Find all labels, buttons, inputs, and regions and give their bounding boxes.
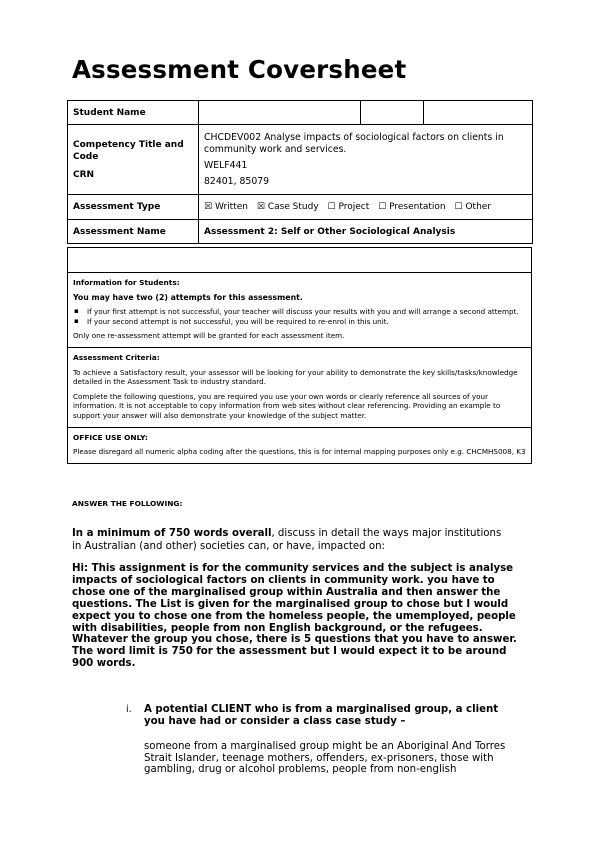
office-use-only: OFFICE USE ONLY: Please disregard all nu… xyxy=(68,428,531,463)
criteria-heading: Assessment Criteria: xyxy=(73,353,526,363)
competency-title: CHCDEV002 Analyse impacts of sociologica… xyxy=(204,132,527,156)
student-id-field[interactable] xyxy=(361,101,424,125)
assessment-name-value: Assessment 2: Self or Other Sociological… xyxy=(199,220,533,244)
criteria-paragraph-1: To achieve a Satisfactory result, your a… xyxy=(73,368,526,387)
reassessment-note: Only one re-assessment attempt will be g… xyxy=(73,331,526,341)
students-heading: Information for Students: xyxy=(73,278,526,288)
intro-bold: In a minimum of 750 words overall xyxy=(72,528,271,539)
student-name-field[interactable] xyxy=(199,101,361,125)
type-option-case-study[interactable]: ☒ Case Study xyxy=(257,202,319,212)
student-name-label: Student Name xyxy=(68,101,199,125)
list-item: If your second attempt is not successful… xyxy=(87,317,526,327)
assessment-name-row: Assessment Name Assessment 2: Self or Ot… xyxy=(68,220,533,244)
coversheet-table: Student Name Competency Title and Code C… xyxy=(67,100,533,244)
answer-heading: ANSWER THE FOLLOWING: xyxy=(72,499,182,508)
information-for-students: Information for Students: You may have t… xyxy=(68,273,531,348)
question-1: i. A potential CLIENT who is from a marg… xyxy=(126,704,516,776)
checkbox-empty-icon[interactable]: ☐ xyxy=(378,202,386,212)
type-option-project[interactable]: ☐ Project xyxy=(328,202,370,212)
question-text: A potential CLIENT who is from a margina… xyxy=(144,704,516,729)
competency-code: WELF441 xyxy=(204,160,527,172)
crn-label: CRN xyxy=(73,169,193,181)
attempts-list: If your first attempt is not successful,… xyxy=(73,307,526,326)
information-box: Information for Students: You may have t… xyxy=(67,247,532,464)
assessment-type-label: Assessment Type xyxy=(68,195,199,220)
checkbox-checked-icon[interactable]: ☒ xyxy=(204,202,212,212)
type-option-presentation[interactable]: ☐ Presentation xyxy=(378,202,445,212)
crn-value: 82401, 85079 xyxy=(204,176,527,188)
competency-value-cell: CHCDEV002 Analyse impacts of sociologica… xyxy=(199,125,533,195)
checkbox-empty-icon[interactable]: ☐ xyxy=(455,202,463,212)
type-option-other[interactable]: ☐ Other xyxy=(455,202,492,212)
assessment-name-label: Assessment Name xyxy=(68,220,199,244)
competency-row: Competency Title and Code CRN CHCDEV002 … xyxy=(68,125,533,195)
checkbox-empty-icon[interactable]: ☐ xyxy=(328,202,336,212)
document-title: Assessment Coversheet xyxy=(72,55,406,84)
assessment-criteria: Assessment Criteria: To achieve a Satisf… xyxy=(68,348,531,428)
intro-paragraph: In a minimum of 750 words overall, discu… xyxy=(72,528,512,553)
office-heading: OFFICE USE ONLY: xyxy=(73,433,526,443)
competency-label-cell: Competency Title and Code CRN xyxy=(68,125,199,195)
list-item: If your first attempt is not successful,… xyxy=(87,307,526,317)
attempts-line: You may have two (2) attempts for this a… xyxy=(73,293,526,303)
office-text: Please disregard all numeric alpha codin… xyxy=(73,447,526,457)
student-extra-field[interactable] xyxy=(424,101,533,125)
blank-row xyxy=(68,248,531,273)
answer-text: someone from a marginalised group might … xyxy=(144,741,516,776)
assessment-type-row: Assessment Type ☒ Written ☒ Case Study ☐… xyxy=(68,195,533,220)
competency-label: Competency Title and Code xyxy=(73,139,193,163)
assessment-type-options: ☒ Written ☒ Case Study ☐ Project ☐ Prese… xyxy=(199,195,533,220)
tutor-note: Hi: This assignment is for the community… xyxy=(72,563,522,670)
criteria-paragraph-2: Complete the following questions, you ar… xyxy=(73,392,526,421)
type-option-written[interactable]: ☒ Written xyxy=(204,202,248,212)
question-number: i. xyxy=(126,704,132,716)
student-name-row: Student Name xyxy=(68,101,533,125)
checkbox-checked-icon[interactable]: ☒ xyxy=(257,202,265,212)
